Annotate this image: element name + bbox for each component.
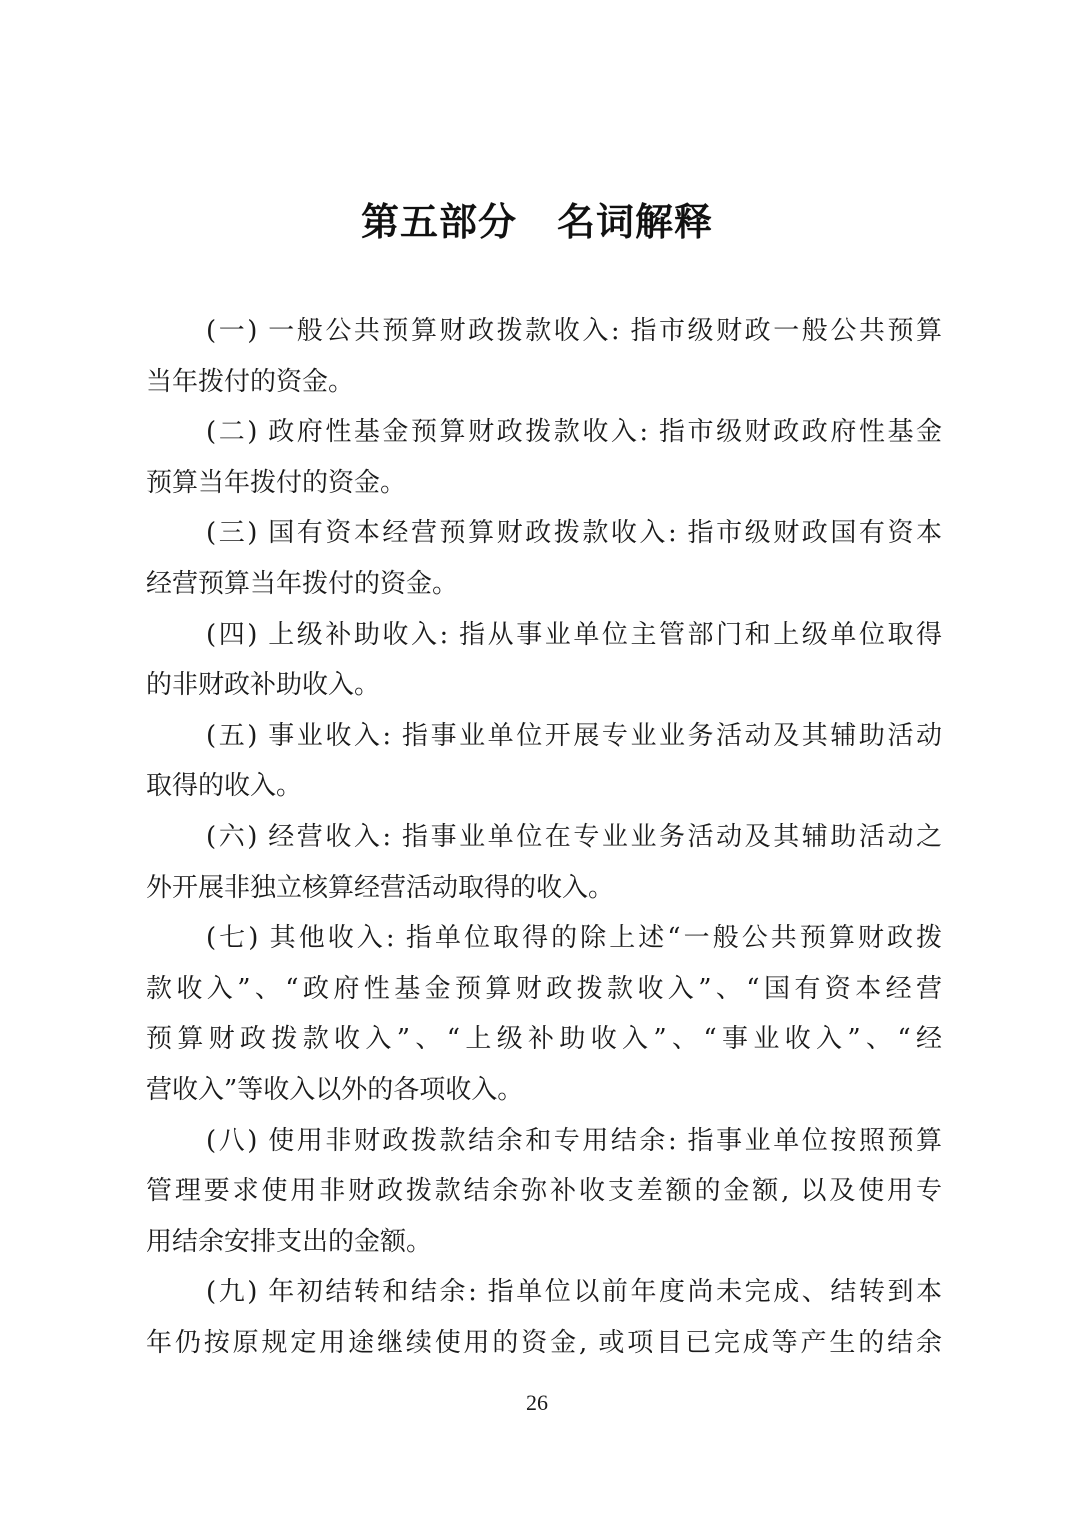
definition-line-start: (二) 政府性基金预算财政拨款收入: 指市级财政政府性基金 <box>146 407 942 458</box>
definition-line: 管理要求使用非财政拨款结余弥补收支差额的金额, 以及使用专 <box>146 1166 942 1217</box>
definition-line: 外开展非独立核算经营活动取得的收入。 <box>146 863 942 914</box>
definition-line: 当年拨付的资金。 <box>146 357 942 408</box>
definition-line: 预算财政拨款收入”、“上级补助收入”、“事业收入”、“经 <box>146 1014 942 1065</box>
definitions-body: (一) 一般公共预算财政拨款收入: 指市级财政一般公共预算当年拨付的资金。(二)… <box>146 306 942 1368</box>
definition-line: 年仍按原规定用途继续使用的资金, 或项目已完成等产生的结余 <box>146 1318 942 1369</box>
definition-line-start: (八) 使用非财政拨款结余和专用结余: 指事业单位按照预算 <box>146 1116 942 1167</box>
definition-line-start: (三) 国有资本经营预算财政拨款收入: 指市级财政国有资本 <box>146 508 942 559</box>
title-name: 名词解释 <box>557 200 713 244</box>
definition-line-start: (六) 经营收入: 指事业单位在专业业务活动及其辅助活动之 <box>146 812 942 863</box>
page-title: 第五部分名词解释 <box>0 196 1074 248</box>
definition-line: 款收入”、“政府性基金预算财政拨款收入”、“国有资本经营 <box>146 964 942 1015</box>
definition-line: 预算当年拨付的资金。 <box>146 458 942 509</box>
definition-line: 的非财政补助收入。 <box>146 660 942 711</box>
definition-line-start: (七) 其他收入: 指单位取得的除上述“一般公共预算财政拨 <box>146 913 942 964</box>
definition-line-start: (一) 一般公共预算财政拨款收入: 指市级财政一般公共预算 <box>146 306 942 357</box>
definition-line: 取得的收入。 <box>146 761 942 812</box>
definition-line-start: (五) 事业收入: 指事业单位开展专业业务活动及其辅助活动 <box>146 711 942 762</box>
definition-line-start: (九) 年初结转和结余: 指单位以前年度尚未完成、结转到本 <box>146 1267 942 1318</box>
page-number: 26 <box>0 1388 1074 1418</box>
definition-line: 用结余安排支出的金额。 <box>146 1217 942 1268</box>
title-part: 第五部分 <box>361 200 517 244</box>
document-page: 第五部分名词解释 (一) 一般公共预算财政拨款收入: 指市级财政一般公共预算当年… <box>0 0 1074 1520</box>
definition-line: 经营预算当年拨付的资金。 <box>146 559 942 610</box>
definition-line: 营收入”等收入以外的各项收入。 <box>146 1065 942 1116</box>
definition-line-start: (四) 上级补助收入: 指从事业单位主管部门和上级单位取得 <box>146 610 942 661</box>
